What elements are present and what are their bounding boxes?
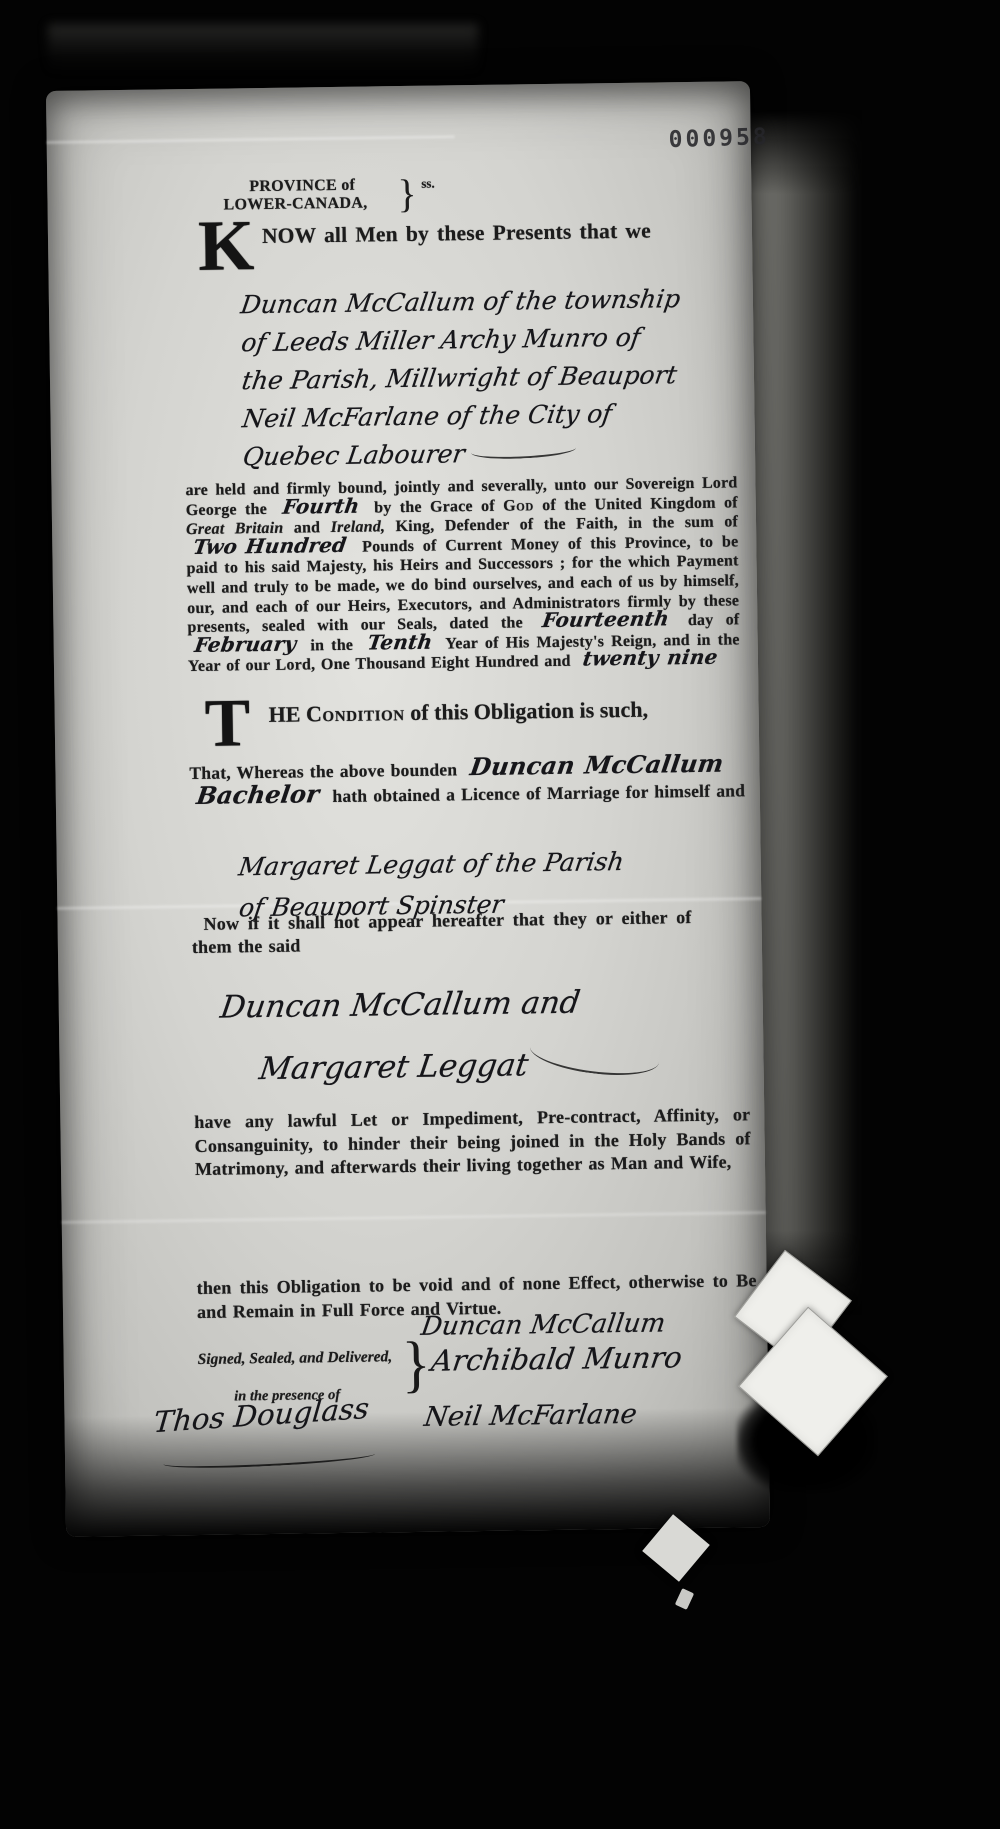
printed-text: hath obtained a Licence of Mar­riage for…	[326, 780, 745, 806]
pen-flourish	[163, 1447, 375, 1471]
signature-neil-mcfarlane: Neil McFarlane	[422, 1399, 639, 1433]
document-page: 000958 PROVINCE of LOWER-CANADA, } ss. K…	[46, 81, 770, 1537]
document-serial-stamp: 000958	[668, 124, 770, 153]
handwritten-line: Duncan McCallum of the township	[238, 280, 683, 324]
attestation-brace-glyph: }	[401, 1328, 431, 1401]
paper-crease	[47, 135, 455, 144]
handwritten-insert: Tenth	[359, 634, 440, 650]
bond-clause-paragraph: are held and firmly bound, jointly and s…	[185, 473, 740, 677]
handwritten-line: Quebec Labourer	[240, 432, 685, 476]
handwritten-line: of Beauport Spinster	[236, 882, 627, 928]
paper-fragment	[675, 1588, 694, 1610]
drop-cap-k: K	[198, 216, 255, 275]
opening-text: NOW all Men by these Presents that we	[262, 207, 746, 249]
printed-text: of this Obligation is such,	[405, 697, 649, 725]
attestation-signed-sealed: Signed, Sealed, and Delivered,	[198, 1348, 393, 1369]
jurat-abbreviation: ss.	[421, 176, 435, 192]
printed-text: HE	[268, 701, 306, 727]
printed-text: in the	[303, 636, 360, 654]
condition-heading: T HE Condition of this Obligation is suc…	[204, 683, 765, 769]
handwritten-line: Duncan McCallum and	[216, 972, 584, 1039]
handwritten-line: the Parish, Millwright of Beauport	[239, 356, 684, 400]
signature-duncan-mccallum: Duncan McCallum	[419, 1308, 667, 1341]
handwritten-line: Margaret Leggat of the Parish	[236, 841, 627, 887]
printed-text: of the United Kingdom of	[534, 494, 738, 514]
bride-handwritten-block: Margaret Leggat of the Parishof Beauport…	[239, 841, 625, 928]
scanned-document-frame: 000958 PROVINCE of LOWER-CANADA, } ss. K…	[0, 0, 1000, 1829]
obligors-handwritten-block: Duncan McCallum of the townshipof Leeds …	[241, 280, 683, 476]
condition-heading-text: HE Condition of this Obligation is such,	[268, 683, 764, 728]
opening-heading: K NOW all Men by these Presents that we	[198, 207, 747, 289]
printed-text: day of	[675, 612, 739, 630]
handwritten-line: Neil McFarlane of the City of	[240, 394, 685, 438]
signature-archibald-munro: Archibald Munro	[429, 1340, 684, 1378]
paper-crease	[62, 1211, 766, 1224]
handwritten-insert: Bachelor	[189, 786, 328, 803]
handwritten-insert: Two Hundred	[185, 538, 354, 555]
handwritten-insert: Fourteenth	[534, 611, 677, 628]
handwritten-line: of Leeds Miller Archy Munro of	[239, 318, 684, 362]
printed-text: King, Defender of the Faith, in the sum …	[385, 514, 738, 536]
printed-text: God	[503, 497, 534, 514]
handwritten-insert: twenty nine	[575, 650, 726, 667]
printed-text: by the Grace of	[366, 497, 504, 516]
brace-glyph: }	[397, 170, 417, 217]
drop-cap-t: T	[204, 694, 250, 751]
signature-witness-douglass: Thos Douglass	[152, 1391, 370, 1439]
handwritten-insert: Fourth	[274, 498, 367, 514]
scan-haze	[48, 24, 478, 74]
printed-text: Condition	[306, 700, 405, 726]
couple-handwritten-block: Duncan McCallum andMargaret Leggat	[220, 972, 581, 1101]
impediment-clause-paragraph: have any lawful Let or Impediment, Pre-c…	[194, 1103, 751, 1181]
handwritten-insert: February	[187, 636, 305, 653]
